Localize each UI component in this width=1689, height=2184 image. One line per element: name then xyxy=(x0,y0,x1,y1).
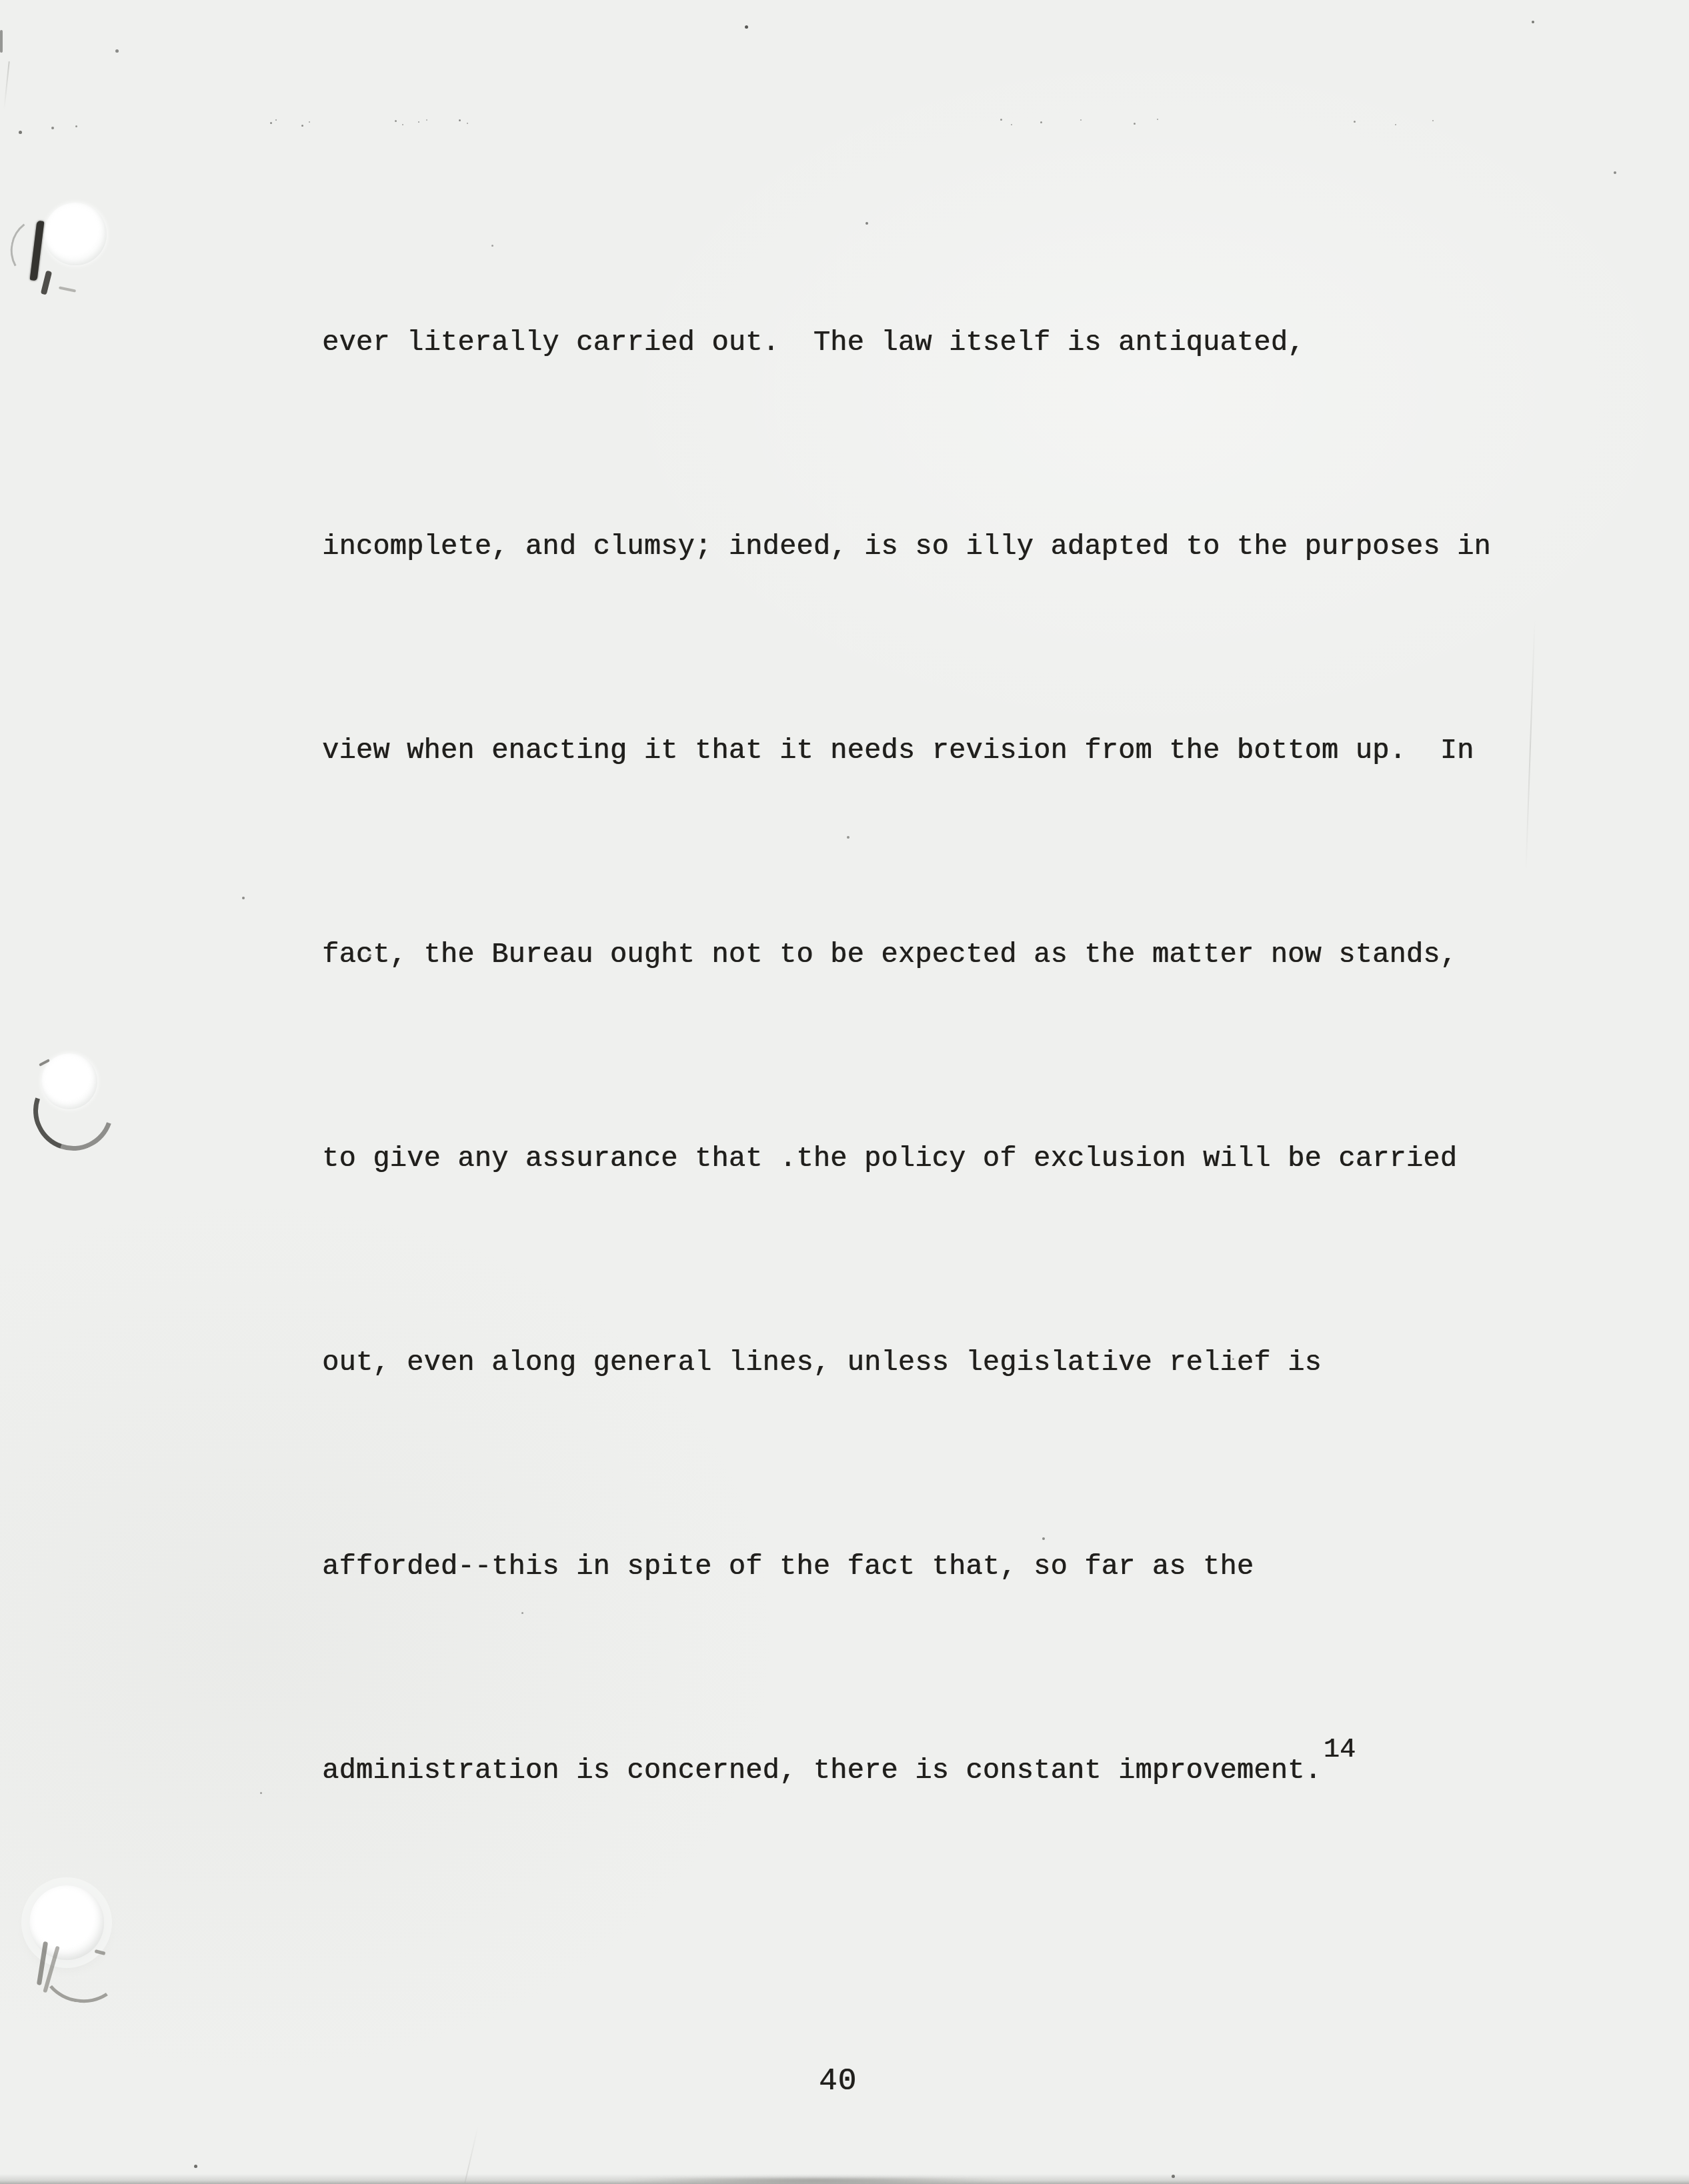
typed-line: afforded--this in spite of the fact that… xyxy=(322,1533,1491,1601)
paper-crease xyxy=(3,61,10,109)
speckle xyxy=(1042,1537,1045,1540)
scanned-typewritten-page: ever literally carried out. The law itse… xyxy=(0,0,1689,2184)
speckle xyxy=(745,25,748,29)
speckle xyxy=(1232,1358,1234,1360)
speckle xyxy=(51,127,54,129)
speckle xyxy=(491,245,493,247)
typed-line: view when enacting it that it needs revi… xyxy=(322,717,1491,785)
speckle xyxy=(467,123,468,124)
speckle xyxy=(866,222,868,225)
speckle xyxy=(194,2165,197,2168)
speckle xyxy=(402,124,403,125)
speckle xyxy=(1000,119,1002,121)
speckle xyxy=(1395,124,1396,125)
speckle xyxy=(242,897,245,899)
ink-smudge xyxy=(59,286,76,292)
speckle xyxy=(521,1612,523,1614)
speckle xyxy=(275,119,277,121)
typed-line: ever literally carried out. The law itse… xyxy=(322,309,1491,377)
typed-line: out, even along general lines, unless le… xyxy=(322,1329,1491,1397)
speckle xyxy=(418,121,419,123)
speckle xyxy=(1172,2175,1175,2178)
speckle xyxy=(19,131,22,134)
speckle xyxy=(1134,123,1136,125)
speckle xyxy=(395,120,397,122)
speckle xyxy=(426,119,427,121)
body-paragraph: ever literally carried out. The law itse… xyxy=(322,173,1491,1941)
typed-line-with-footnote: administration is concerned, there is co… xyxy=(322,1737,1491,1805)
scan-bottom-smudge xyxy=(620,2177,1007,2184)
speckle xyxy=(75,125,77,127)
speckle xyxy=(1011,124,1012,125)
speckle xyxy=(369,954,371,957)
speckle xyxy=(459,119,461,121)
speckle xyxy=(1354,121,1356,123)
footnote-reference: 14 xyxy=(1324,1735,1356,1765)
speckle xyxy=(847,836,850,839)
edge-mark xyxy=(0,30,3,53)
typed-line-text: administration is concerned, there is co… xyxy=(322,1755,1322,1787)
paper-crease xyxy=(1525,619,1535,873)
speckle xyxy=(260,1792,262,1794)
speckle xyxy=(1080,119,1082,121)
page-number: 40 xyxy=(819,2064,857,2099)
speckle xyxy=(1532,21,1534,23)
speckle xyxy=(1432,120,1434,121)
ink-smudge xyxy=(20,1057,127,1164)
speckle xyxy=(301,125,303,127)
speckle xyxy=(309,121,310,123)
typed-line: fact, the Bureau ought not to be expecte… xyxy=(322,921,1491,989)
speckle xyxy=(1157,119,1158,120)
typed-line: to give any assurance that .the policy o… xyxy=(322,1125,1491,1193)
speckle xyxy=(1614,171,1616,174)
speckle xyxy=(115,49,119,53)
speckle xyxy=(270,122,272,124)
speckle xyxy=(1040,121,1042,123)
typed-line: incomplete, and clumsy; indeed, is so il… xyxy=(322,513,1491,581)
